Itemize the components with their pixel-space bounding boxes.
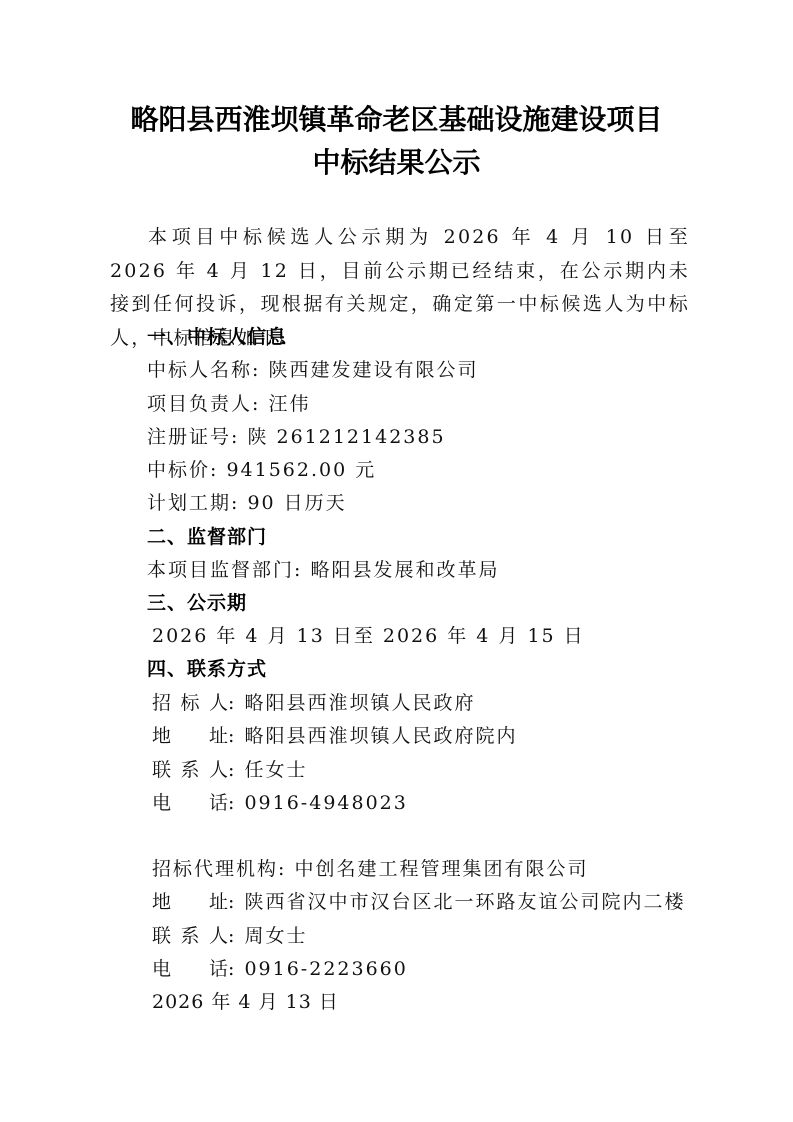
agency-contact-value: 周女士 [244, 925, 307, 947]
tenderer-contact-value: 任女士 [244, 759, 307, 781]
colon: : [228, 925, 236, 947]
bid-price-value: 941562.00 元 [226, 459, 376, 481]
agency-phone-row: 电 话: 0916-2223660 [152, 956, 408, 982]
section-heading-supervision: 二、监督部门 [147, 524, 267, 550]
colon: : [228, 759, 236, 781]
project-manager-value: 汪伟 [268, 393, 310, 415]
colon: : [228, 692, 236, 714]
agency-address-value: 陕西省汉中市汉台区北一环路友谊公司院内二楼 [244, 891, 685, 913]
colon: : [228, 958, 236, 980]
tenderer-contact-label: 联 系 人 [152, 757, 228, 783]
agency-address-label: 地 址 [152, 889, 228, 915]
section-heading-winner-info: 一、中标人信息 [147, 324, 287, 350]
supervisor-value: 略阳县发展和改革局 [310, 559, 499, 581]
registration-row: 注册证号: 陕 261212142385 [147, 424, 446, 450]
duration-label: 计划工期: [147, 492, 239, 514]
tenderer-name-value: 略阳县西淮坝镇人民政府 [244, 692, 475, 714]
tenderer-address-row: 地 址: 略阳县西淮坝镇人民政府院内 [152, 723, 517, 749]
agency-name-label: 招标代理机构: [152, 858, 286, 880]
tenderer-address-value: 略阳县西淮坝镇人民政府院内 [244, 725, 517, 747]
colon: : [228, 792, 236, 814]
duration-value: 90 日历天 [247, 492, 346, 514]
winner-name-row: 中标人名称: 陕西建发建设有限公司 [147, 357, 478, 383]
colon: : [228, 891, 236, 913]
project-manager-row: 项目负责人: 汪伟 [147, 391, 310, 417]
agency-phone-value: 0916-2223660 [244, 958, 407, 980]
section-heading-contact: 四、联系方式 [147, 656, 267, 682]
tenderer-name-label: 招 标 人 [152, 690, 228, 716]
agency-name-row: 招标代理机构: 中创名建工程管理集团有限公司 [152, 856, 588, 882]
agency-address-row: 地 址: 陕西省汉中市汉台区北一环路友谊公司院内二楼 [152, 889, 685, 915]
tenderer-phone-label: 电 话 [152, 790, 228, 816]
colon: : [228, 725, 236, 747]
tenderer-phone-value: 0916-4948023 [244, 792, 407, 814]
agency-phone-label: 电 话 [152, 956, 228, 982]
document-page: 略阳县西淮坝镇革命老区基础设施建设项目 中标结果公示 本项目中标候选人公示期为 … [0, 0, 793, 1122]
agency-contact-row: 联 系 人: 周女士 [152, 923, 307, 949]
tenderer-phone-row: 电 话: 0916-4948023 [152, 790, 408, 816]
supervisor-label: 本项目监督部门: [147, 559, 302, 581]
registration-value: 陕 261212142385 [247, 426, 445, 448]
supervisor-row: 本项目监督部门: 略阳县发展和改革局 [147, 557, 499, 583]
bid-price-label: 中标价: [147, 459, 218, 481]
duration-row: 计划工期: 90 日历天 [147, 490, 347, 516]
agency-contact-label: 联 系 人 [152, 923, 228, 949]
tenderer-contact-row: 联 系 人: 任女士 [152, 757, 307, 783]
winner-name-value: 陕西建发建设有限公司 [268, 359, 478, 381]
document-title-line2: 中标结果公示 [0, 146, 793, 180]
document-title-line1: 略阳县西淮坝镇革命老区基础设施建设项目 [0, 103, 793, 137]
winner-name-label: 中标人名称: [147, 359, 260, 381]
document-date: 2026 年 4 月 13 日 [152, 989, 339, 1015]
publicity-period: 2026 年 4 月 13 日至 2026 年 4 月 15 日 [152, 623, 585, 649]
section-heading-period: 三、公示期 [147, 590, 247, 616]
registration-label: 注册证号: [147, 426, 239, 448]
tenderer-address-label: 地 址 [152, 723, 228, 749]
project-manager-label: 项目负责人: [147, 393, 260, 415]
tenderer-name-row: 招 标 人: 略阳县西淮坝镇人民政府 [152, 690, 475, 716]
agency-name-value: 中创名建工程管理集团有限公司 [294, 858, 588, 880]
bid-price-row: 中标价: 941562.00 元 [147, 457, 376, 483]
